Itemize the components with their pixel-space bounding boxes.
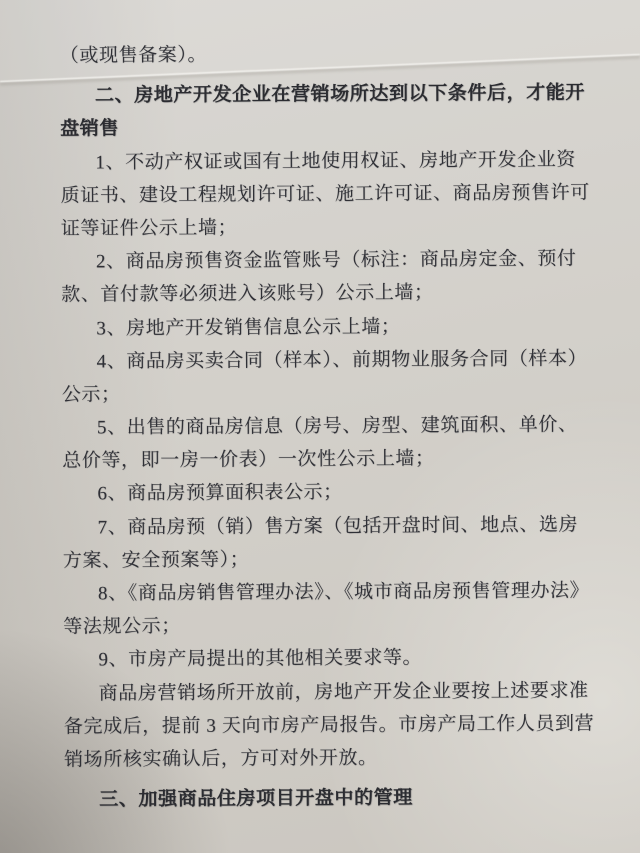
text-line: 证等证件公示上墙； bbox=[61, 209, 589, 245]
text-line: 5、出售的商品房信息（房号、房型、建筑面积、单价、 bbox=[62, 408, 590, 444]
text-line: 公示； bbox=[62, 375, 590, 411]
text-line: 1、不动产权证或国有土地使用权证、房地产开发企业资 bbox=[60, 143, 588, 179]
text-line: 3、房地产开发销售信息公示上墙； bbox=[61, 309, 589, 345]
text-line: 7、商品房预（销）售方案（包括开盘时间、地点、选房 bbox=[63, 508, 591, 544]
text-line: 质证书、建设工程规划许可证、施工许可证、商品房预售许可 bbox=[60, 176, 588, 212]
text-line: 销场所核实确认后，方可对外开放。 bbox=[64, 740, 592, 776]
heading-line: 三、加强商品住房项目开盘中的管理 bbox=[64, 780, 592, 816]
text-line: 款、首付款等必须进入该账号）公示上墙； bbox=[61, 276, 589, 312]
text-line: 6、商品房预算面积表公示； bbox=[62, 475, 590, 511]
text-line: 2、商品房预售资金监管账号（标注：商品房定金、预付 bbox=[61, 242, 589, 278]
heading-line: 二、房地产开发企业在营销场所达到以下条件后，才能开 bbox=[60, 77, 588, 113]
text-line: 4、商品房买卖合同（样本）、前期物业服务合同（样本） bbox=[61, 342, 589, 378]
heading-line: 盘销售 bbox=[60, 110, 588, 146]
document-text: （或现售备案）。二、房地产开发企业在营销场所达到以下条件后，才能开盘销售1、不动… bbox=[0, 0, 640, 853]
document-photo: （或现售备案）。二、房地产开发企业在营销场所达到以下条件后，才能开盘销售1、不动… bbox=[0, 0, 640, 853]
text-line: 备完成后，提前 3 天向市房产局报告。市房产局工作人员到营 bbox=[64, 707, 592, 743]
text-line: 总价等，即一房一价表）一次性公示上墙； bbox=[62, 442, 590, 478]
text-line: 商品房营销场所开放前，房地产开发企业要按上述要求准 bbox=[64, 674, 592, 710]
text-line: 方案、安全预案等）； bbox=[63, 541, 591, 577]
text-line: 8、《商品房销售管理办法》、《城市商品房预售管理办法》 bbox=[63, 574, 591, 610]
text-line: （或现售备案）。 bbox=[60, 36, 588, 72]
text-line: 等法规公示； bbox=[63, 608, 591, 644]
text-line: 9、市房产局提出的其他相关要求等。 bbox=[63, 641, 591, 677]
